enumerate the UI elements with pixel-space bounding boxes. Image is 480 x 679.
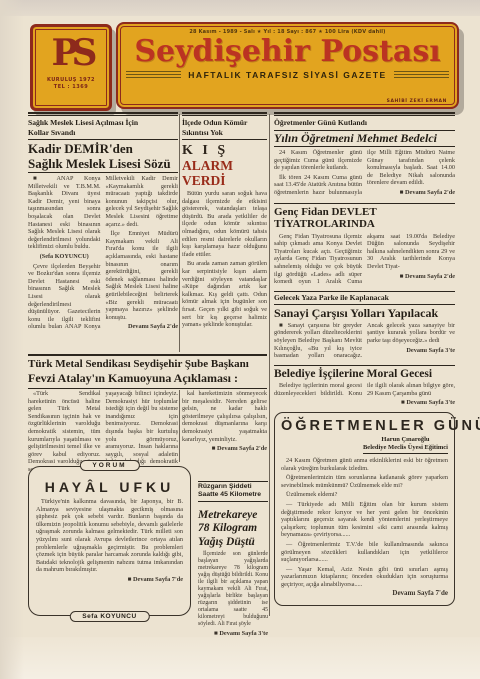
body-paragraph: 24 Kasım Öğretmenler günü geçtiğimiz Cum… bbox=[274, 149, 362, 172]
headline: Kadir DEMİR'den Sağlık Meslek Lisesi Söz… bbox=[28, 142, 178, 171]
body-paragraph: ■ ANAP Konya Milletvekili ve T.B.M.M. Ba… bbox=[28, 175, 101, 251]
article-body: Türkiye'nin kalkınma davasında, bir Japo… bbox=[36, 498, 183, 584]
body-paragraph: — Yaşar Kemal, Aziz Nesin gibi ünü sınır… bbox=[281, 566, 448, 589]
body-paragraph: 24 Kasım Öğretmen günü anma etkinlikleri… bbox=[281, 457, 448, 472]
front-page-content: Sağlık Meslek Lisesi Açılması İçin Kolla… bbox=[28, 112, 455, 618]
continuation-note: Devamı Sayfa 3'te bbox=[367, 347, 455, 355]
rule bbox=[28, 172, 178, 173]
body-paragraph: İlçe Emniyet Müdürü Kaymakam vekili Ali … bbox=[106, 230, 179, 321]
body-paragraph: Bütün yurdu saran soğuk hava dalgası ilç… bbox=[182, 190, 267, 258]
byline: Harun Çınaroğlu Belediye Meclis Üyesi Eğ… bbox=[363, 436, 448, 454]
rule bbox=[274, 203, 455, 204]
newspaper-title: Seydişehir Postası bbox=[118, 35, 457, 68]
kicker: Rüzgarın Şiddeti Saatte 45 Kilometre bbox=[198, 481, 268, 502]
article-kis-alarm: İlçede Odun Kömür Sıkıntısı Yok K I Ş AL… bbox=[182, 112, 267, 331]
kicker: İlçede Odun Kömür Sıkıntısı Yok bbox=[182, 118, 267, 140]
column-rule bbox=[269, 114, 270, 616]
continuation-note: ■ Devamı Sayfa 3'te bbox=[367, 399, 455, 407]
right-column: Öğretmenler Günü Kutlandı Yılın Öğretmen… bbox=[274, 112, 455, 606]
continuation-note: ■ Devamı Sayfa 7'de bbox=[36, 576, 183, 584]
kicker: Gelecek Yaza Parke ile Kaplanacak bbox=[274, 291, 455, 306]
body-paragraph: Bu arada zaman zaman görülen kar serpint… bbox=[182, 260, 267, 328]
rule bbox=[274, 112, 455, 116]
rule bbox=[182, 112, 267, 116]
headline-line2: ALARM VERDİ bbox=[182, 158, 267, 188]
article-body: Bütün yurdu saran soğuk hava dalgası ilç… bbox=[182, 190, 267, 329]
article-body: ■ ANAP Konya Milletvekili ve T.B.M.M. Ba… bbox=[28, 175, 178, 332]
continuation-note: ■ Devamı Sayfa 3'te bbox=[198, 630, 268, 637]
article-body: ■ Sanayi çarşısına bir greyder gönderere… bbox=[274, 322, 455, 360]
article-genc-fidan: Genç Fidan DEVLET TİYATROLARINDA Genç Fi… bbox=[274, 203, 455, 286]
body-paragraph: Öğretmenlerimizin tüm sorunlarına katlan… bbox=[281, 474, 448, 489]
article-yagis: Rüzgarın Şiddeti Saatte 45 Kilometre Met… bbox=[198, 474, 268, 639]
byline: (Sefa KOYUNCU) bbox=[28, 253, 101, 261]
headline: Genç Fidan DEVLET TİYATROLARINDA bbox=[274, 206, 455, 231]
logo-phone-line: TEL : 1369 bbox=[33, 84, 109, 91]
body-paragraph: — Öğretmenlerimiz T.V.'de bile kullanılm… bbox=[281, 541, 448, 564]
continuation-note: Devamı Sayfa 7'de bbox=[281, 590, 448, 598]
headline: Yılın Öğretmeni Mehmet Bedelci bbox=[274, 132, 455, 146]
rule bbox=[28, 112, 178, 116]
byline-author: Harun Çınaroğlu bbox=[363, 436, 448, 444]
headline: Belediye İşçilerine Moral Gecesi bbox=[274, 368, 455, 381]
newspaper-subtitle: HAFTALIK TARAFSIZ SİYASİ GAZETE bbox=[184, 70, 390, 80]
subtitle-rule-left bbox=[126, 71, 181, 79]
article-ogretmenler-gunu-kutlandi: Öğretmenler Günü Kutlandı Yılın Öğretmen… bbox=[274, 112, 455, 198]
rule bbox=[274, 365, 455, 366]
masthead-subtitle-band: HAFTALIK TARAFSIZ SİYASİ GAZETE bbox=[126, 70, 449, 80]
continuation-note: Devamı Sayfa 2'de bbox=[106, 323, 179, 331]
masthead-box: 28 Kasım - 1989 - Salı ★ Yıl : 18 Sayı :… bbox=[116, 22, 459, 109]
column-rule bbox=[179, 114, 180, 352]
article-sanayi-carsisi: Gelecek Yaza Parke ile Kaplanacak Sanayi… bbox=[274, 291, 455, 360]
article-body: 24 Kasım Öğretmenler günü geçtiğimiz Cum… bbox=[274, 149, 455, 198]
headline-line1: K I Ş bbox=[182, 143, 267, 158]
masthead-logo: PS KURULUŞ 1972 TEL : 1369 bbox=[30, 24, 112, 111]
article-moral-gecesi: Belediye İşçilerine Moral Gecesi Belediy… bbox=[274, 365, 455, 407]
article-body: İlçemizde son günlerde başlayan yağışlar… bbox=[198, 551, 268, 637]
yorum-column-box: YORUM HAYÂL UFKU Türkiye'nin kalkınma da… bbox=[28, 466, 191, 616]
body-paragraph: İlçemizde son günlerde başlayan yağışlar… bbox=[198, 551, 268, 628]
rule bbox=[274, 146, 455, 147]
headline: HAYÂL UFKU bbox=[36, 479, 183, 495]
body-paragraph: kal hareketimizin sönmeyecek bir meşales… bbox=[182, 390, 267, 443]
article-fevzi-atalay-headline: Türk Metal Sendikası Seydişehir Şube Baş… bbox=[28, 354, 267, 389]
article-saglik-meslek-lisesi: Sağlık Meslek Lisesi Açılması İçin Kolla… bbox=[28, 112, 178, 332]
body-paragraph: — Türkiyede adı Milli Eğitim olan bir ku… bbox=[281, 501, 448, 539]
subtitle-rule-right bbox=[394, 71, 449, 79]
owner-credit: SAHİBİ ZEKİ ERMAN bbox=[387, 99, 447, 104]
headline-line1: Türk Metal Sendikası Seydişehir Şube Baş… bbox=[28, 358, 267, 371]
headline: Metrekareye 78 Kilogram Yağış Düştü bbox=[198, 509, 268, 550]
column-rule bbox=[179, 390, 180, 462]
article-fevzi-atalay-body-mid: kal hareketimizin sönmeyecek bir meşales… bbox=[182, 390, 267, 455]
scan-edge-left bbox=[0, 0, 24, 679]
headline-line2: Fevzi Atalay'ın Kamuoyuna Açıklaması : bbox=[28, 371, 267, 385]
newspaper-page: PS KURULUŞ 1972 TEL : 1369 28 Kasım - 19… bbox=[0, 0, 480, 679]
body-paragraph: Üzülmemek eldemi? bbox=[281, 491, 448, 499]
headline: Sanayi Çarşısı Yolları Yapılacak bbox=[274, 307, 455, 320]
body-paragraph: Türkiye'nin kalkınma davasında, bir Japo… bbox=[36, 498, 183, 574]
scan-edge-bottom bbox=[0, 637, 480, 679]
continuation-note: ■ Devamı Sayfa 2'de bbox=[367, 273, 455, 281]
continuation-note: ■ Devamı Sayfa 2'de bbox=[367, 189, 455, 197]
logo-monogram: PS bbox=[33, 29, 109, 77]
continuation-note: ■ Devamı Sayfa 2'de bbox=[182, 445, 267, 453]
byline-title: Belediye Meclis Üyesi Eğitimci bbox=[363, 444, 448, 452]
headline: ÖĞRETMENLER GÜNÜ bbox=[281, 418, 448, 434]
author-badge: Sefa KOYUNCU bbox=[69, 611, 149, 622]
kicker: Sağlık Meslek Lisesi Açılması İçin Kolla… bbox=[28, 118, 178, 140]
scan-edge-top bbox=[0, 0, 480, 16]
kicker: Öğretmenler Günü Kutlandı bbox=[274, 118, 455, 131]
yorum-badge: YORUM bbox=[79, 460, 139, 471]
article-body: Genç Fidan Tiyatrosuna ilçemiz sahip çık… bbox=[274, 233, 455, 286]
article-body: 24 Kasım Öğretmen günü anma etkinlikleri… bbox=[281, 457, 448, 598]
ogretmenler-gunu-opinion-box: ÖĞRETMENLER GÜNÜ Harun Çınaroğlu Belediy… bbox=[274, 412, 455, 606]
article-body: Belediye işçilerinin moral gecesi düzenl… bbox=[274, 382, 455, 407]
